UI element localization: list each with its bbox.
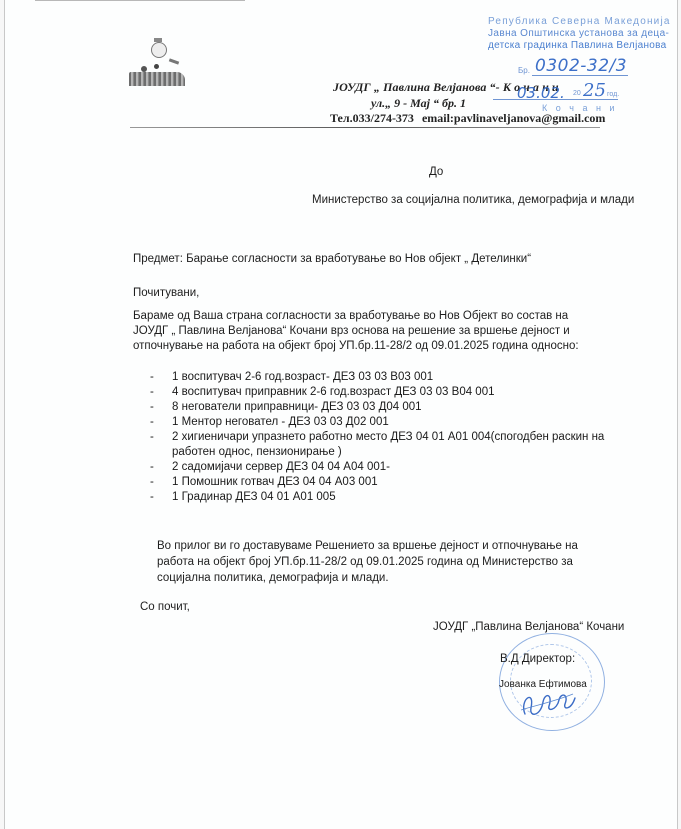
stamp-number-label: Бр. — [518, 66, 530, 75]
stamp-line-3: детска градинка Павлина Велјанова — [488, 40, 667, 51]
document-page: ЈОУДГ „ Павлина Велјанова “- К о ч а н и… — [5, 0, 677, 829]
stamp-line-2: Јавна Општинска установа за деца- — [488, 28, 669, 39]
handwritten-signature-icon — [513, 680, 583, 720]
scan-edge — [35, 0, 245, 1]
stamp-line-1: Република Северна Македонија — [488, 16, 671, 27]
flower-icon — [154, 64, 159, 69]
bullet-dash: - — [150, 430, 154, 445]
list-item: -1 Градинар ДЕЗ 04 01 А01 005 — [150, 490, 612, 505]
stamp-city: К о ч а н и — [542, 103, 617, 113]
letterhead-contact: Тел.033/274-373email:pavlinaveljanova@gm… — [330, 111, 605, 126]
closing: Со почит, — [140, 601, 190, 613]
bullet-dash: - — [150, 475, 154, 490]
list-item: -2 садомијачи сервер ДЕЗ 04 04 А04 001- — [150, 460, 612, 475]
bullet-dash: - — [150, 460, 154, 475]
letterhead-divider — [130, 127, 600, 128]
bullet-dash: - — [150, 385, 154, 400]
signature-title: В.Д Директор: — [500, 653, 575, 665]
stamp-year-prefix: 20 — [573, 90, 581, 97]
list-item: -2 хигиеничари упразнето работно место Д… — [150, 430, 612, 460]
to-label: До — [429, 166, 443, 178]
bullet-dash: - — [150, 490, 154, 505]
stamp-year-suffix: год. — [607, 91, 619, 98]
stamp-number-underline — [532, 75, 628, 76]
signature-organization: ЈОУДГ „Павлина Велјанова“ Кочани — [433, 621, 624, 633]
list-item: -8 негователи приправници- ДЕЗ 03 03 Д04… — [150, 400, 612, 415]
subject-line: Предмет: Барање согласности за вработува… — [133, 253, 531, 265]
attachment-paragraph: Во прилог ви го доставуваме Решението за… — [157, 538, 597, 586]
list-item: -1 Ментор неговател - ДЕЗ 03 03 Д02 001 — [150, 415, 612, 430]
bullet-dash: - — [150, 370, 154, 385]
list-item: -1 Помошник готвач ДЕЗ 04 04 А03 001 — [150, 475, 612, 490]
greeting: Почитувани, — [133, 287, 199, 299]
letterhead-email: email:pavlinaveljanova@gmail.com — [422, 111, 605, 125]
request-paragraph: Бараме од Ваша страна согласности за вра… — [133, 309, 603, 354]
recipient: Министерство за социјална политика, демо… — [312, 194, 634, 206]
bullet-dash: - — [150, 400, 154, 415]
letterhead-phone: Тел.033/274-373 — [330, 111, 414, 125]
stamp-number-value: 0302-32/3 — [535, 56, 627, 76]
bird-icon — [169, 58, 179, 64]
stamp-year-value: 25 — [583, 80, 606, 101]
meadow-icon — [129, 72, 185, 86]
viewer-right-border — [677, 0, 681, 829]
list-item: -1 воспитувач 2-6 год.возраст- ДЕЗ 03 03… — [150, 370, 612, 385]
bullet-dash: - — [150, 415, 154, 430]
kindergarten-logo-icon — [129, 38, 189, 94]
letterhead-street: ул.„ 9 - Мај “ бр. 1 — [371, 96, 466, 111]
positions-list: -1 воспитувач 2-6 год.возраст- ДЕЗ 03 03… — [150, 370, 612, 505]
list-item: -4 воспитувач приправник 2-6 год.возраст… — [150, 385, 612, 400]
face-icon — [151, 42, 167, 58]
